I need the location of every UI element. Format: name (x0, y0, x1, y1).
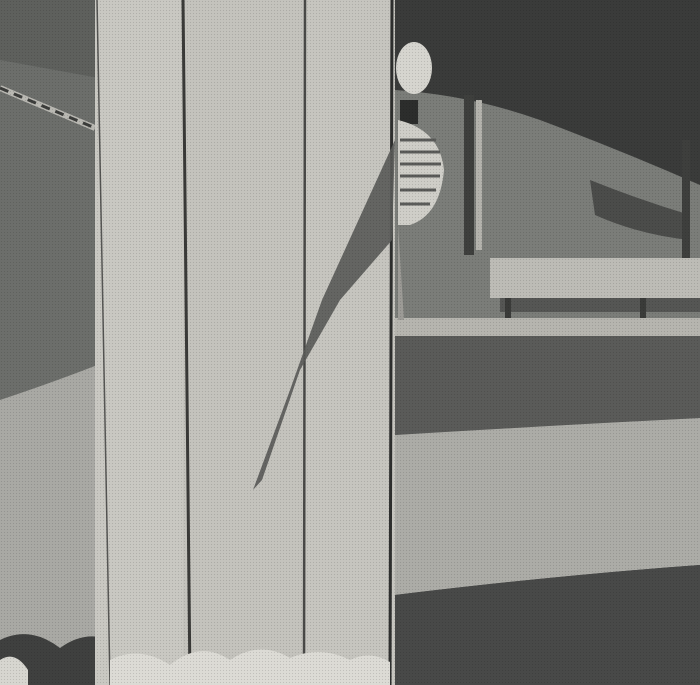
wooden-post (95, 0, 395, 685)
plank-seam (304, 0, 305, 685)
tree-trunk (464, 95, 474, 255)
photograph (0, 0, 700, 685)
shadow-band (395, 336, 700, 435)
path-edge (395, 318, 700, 336)
toy-pistol (400, 100, 418, 124)
bench (490, 258, 700, 298)
sunlit-path (395, 418, 700, 595)
photo-scene (0, 0, 700, 685)
